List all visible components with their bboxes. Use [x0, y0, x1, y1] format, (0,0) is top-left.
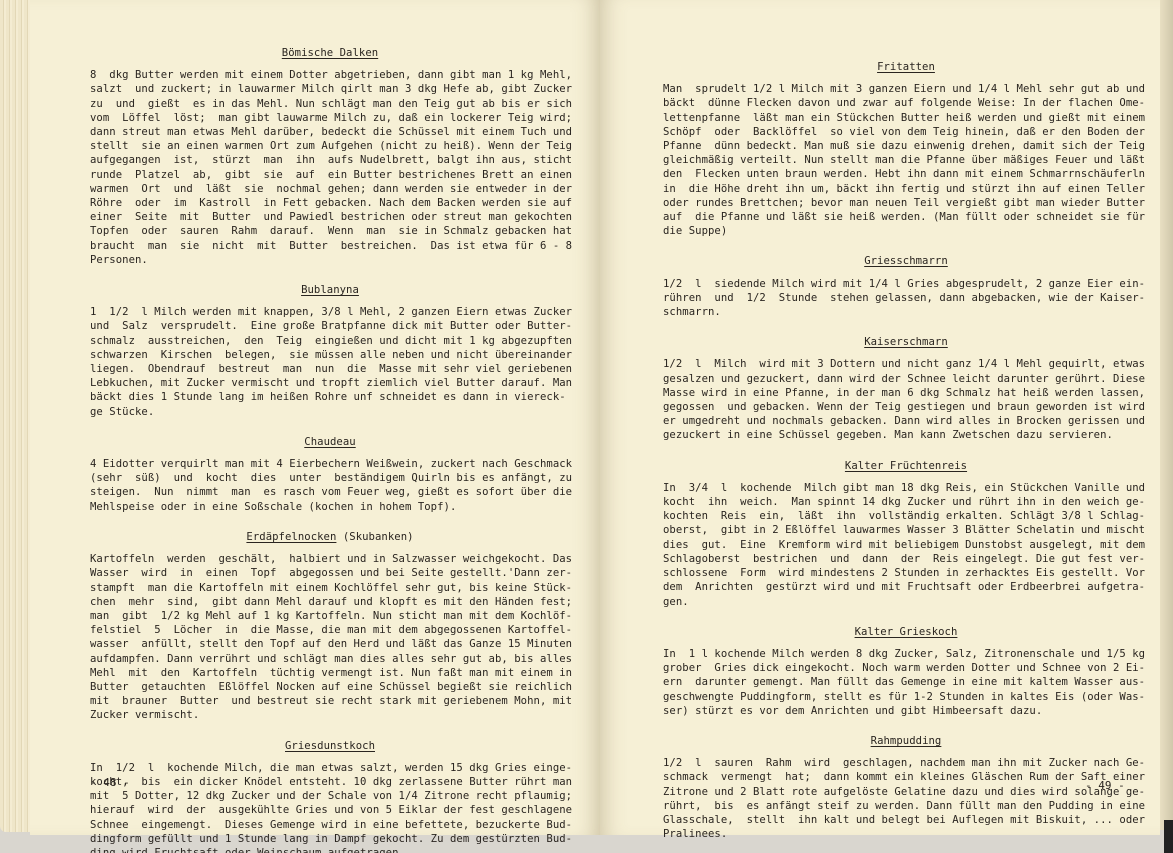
recipe-text-line: vom Löffel löst; man gibt lauwarme Milch… — [90, 111, 570, 125]
recipe-text-line: 1/2 l siedende Milch wird mit 1/4 l Grie… — [663, 277, 1149, 291]
recipe-title-text: Bömische Dalken — [282, 47, 378, 59]
recipe-text-line: Mehl mit den Kartoffeln tüchtig vermengt… — [90, 666, 570, 680]
recipe-text-line: Zucker vermischt. — [90, 708, 570, 722]
recipe-title-text: Kalter Grieskoch — [855, 626, 958, 638]
recipe-title: Bublanyna — [90, 283, 570, 297]
spacer — [90, 544, 570, 552]
spacer — [90, 753, 570, 761]
recipe-text-line: aufgegangen ist, stürzt man ihn aufs Nud… — [90, 153, 570, 167]
recipe-text-line: Masse wird in eine Pfanne, in der man 6 … — [663, 386, 1149, 400]
recipe-text-line: warmen Ort und läßt sie nochmal gehen; d… — [90, 182, 570, 196]
spacer — [90, 723, 570, 739]
recipe-title: Griesschmarrn — [663, 254, 1149, 268]
recipe-text-line: salzt und zuckert; in lauwarmer Milch qi… — [90, 82, 570, 96]
recipe-text-line: zu und gießt es in das Mehl. Nun schlägt… — [90, 97, 570, 111]
recipe-title-text: Erdäpfelnocken — [246, 531, 336, 543]
recipe-text-line: man gibt 1/2 kg Mehl auf 1 kg Kartoffeln… — [90, 609, 570, 623]
recipe-text-line: Topfen oder sauren Rahm darauf. Wenn man… — [90, 224, 570, 238]
recipe-text-line: Lebkuchen, mit Zucker vermischt und trop… — [90, 376, 570, 390]
recipe-text-line: rührt, bis es anfängt steif zu werden. D… — [663, 799, 1149, 813]
recipe-text-line: 4 Eidotter verquirlt man mit 4 Eierbeche… — [90, 457, 570, 471]
recipe-title: Erdäpfelnocken (Skubanken) — [90, 530, 570, 544]
left-page-content: Bömische Dalken8 dkg Butter werden mit e… — [90, 46, 570, 853]
recipe-text-line: kochten Reis ein, läßt ihn vollständig e… — [663, 509, 1149, 523]
recipe-title-text: Bublanyna — [301, 284, 359, 296]
right-page: FritattenMan sprudelt 1/2 l Milch mit 3 … — [600, 0, 1160, 835]
spacer — [663, 443, 1149, 459]
recipe-text-line: 1/2 l Milch wird mit 3 Dottern und nicht… — [663, 357, 1149, 371]
recipe-text-line: Schnee eingemengt. Dieses Gemenge wird i… — [90, 818, 570, 832]
recipe-text-line: (sehr süß) und kocht dies unter beständi… — [90, 471, 570, 485]
recipe-title: Bömische Dalken — [90, 46, 570, 60]
recipe-text-line: Zitrone und 2 Blatt rote aufgelöste Gela… — [663, 785, 1149, 799]
recipe-text-line: hierauf wird der ausgekühlte Gries und v… — [90, 803, 570, 817]
spacer — [90, 297, 570, 305]
recipe-text-line: dann streut man etwas Mehl darüber, bede… — [90, 125, 570, 139]
recipe-text-line: braucht man sie nicht mit Butter bestrei… — [90, 239, 570, 253]
spacer — [663, 639, 1149, 647]
recipe-text-line: gleichmäßig verteilt. Nun stellt man die… — [663, 153, 1149, 167]
recipe-text-line: gezuckert in eine Schüssel gegeben. Man … — [663, 428, 1149, 442]
recipe-text-line: oder rundes Brettchen; bevor man neuen T… — [663, 196, 1149, 210]
recipe-title: Chaudeau — [90, 435, 570, 449]
recipe-text-line: Schlagoberst bestrichen und dann der Rei… — [663, 552, 1149, 566]
recipe-text-line: den Flecken unten braun werden. Hebt ihn… — [663, 167, 1149, 181]
recipe-text-line: kocht, bis ein dicker Knödel entsteht. 1… — [90, 775, 570, 789]
recipe-text-line: Kartoffeln werden geschält, halbiert und… — [90, 552, 570, 566]
recipe-text-line: wasser anfüllt, stellt den Topf auf den … — [90, 637, 570, 651]
recipe-title: Griesdunstkoch — [90, 739, 570, 753]
recipe-title: Kaiserschmarn — [663, 335, 1149, 349]
recipe-text-line: er umgedreht und nochmals gebacken. Dann… — [663, 414, 1149, 428]
recipe-subtitle: (Skubanken) — [336, 531, 413, 543]
recipe-text-line: gen. — [663, 595, 1149, 609]
recipe-text-line: felstiel 5 Löcher in die Masse, die man … — [90, 623, 570, 637]
recipe-text-line: 1/2 l sauren Rahm wird geschlagen, nachd… — [663, 756, 1149, 770]
recipe-title-text: Rahmpudding — [871, 735, 942, 747]
spacer — [90, 60, 570, 68]
spacer — [663, 319, 1149, 335]
recipe-title: Kalter Grieskoch — [663, 625, 1149, 639]
recipe-text-line: 8 dkg Butter werden mit einem Dotter abg… — [90, 68, 570, 82]
recipe-text-line: aufdampfen. Dann verrührt und schlägt ma… — [90, 652, 570, 666]
book-cover-corner — [1164, 820, 1173, 853]
recipe-text-line: chen mehr sind, gibt dann Mehl darauf un… — [90, 595, 570, 609]
page-number-left: - 48 - — [90, 776, 130, 789]
recipe-text-line: 1 1/2 l Milch werden mit knappen, 3/8 l … — [90, 305, 570, 319]
recipe-text-line: Wasser wird in einen Topf abgegossen und… — [90, 566, 570, 580]
recipe-text-line: ern darunter gemengt. Man füllt das Geme… — [663, 675, 1149, 689]
recipe-text-line: In 3/4 l kochende Milch gibt man 18 dkg … — [663, 481, 1149, 495]
recipe-text-line: Glasschale, stellt ihn kalt und belegt b… — [663, 813, 1149, 827]
recipe-title-text: Chaudeau — [304, 436, 355, 448]
recipe-text-line: dingform gefüllt und 1 Stunde lang in Da… — [90, 832, 570, 846]
page-number-right: - 49 - — [1085, 779, 1125, 792]
recipe-text-line: mit brauner Butter und bestreut sie rech… — [90, 694, 570, 708]
recipe-text-line: runde Platzel ab, gibt sie auf ein Butte… — [90, 168, 570, 182]
recipe-text-line: schmalz ausstreichen, den Teig eingießen… — [90, 334, 570, 348]
spacer — [663, 473, 1149, 481]
recipe-text-line: steigen. Nun nimmt man es rasch vom Feue… — [90, 485, 570, 499]
recipe-text-line: liegen. Obendrauf bestreut man nun die M… — [90, 362, 570, 376]
recipe-title-text: Kalter Früchtenreis — [845, 460, 967, 472]
recipe-text-line: ser) stürzt es vor dem Anrichten und gib… — [663, 704, 1149, 718]
recipe-text-line: Butter getauchten Eßlöffel Nocken auf ei… — [90, 680, 570, 694]
recipe-text-line: bäckt dünne Flecken davon und zwar auf f… — [663, 96, 1149, 110]
spacer — [663, 269, 1149, 277]
recipe-text-line: grober Gries dick eingekocht. Noch warm … — [663, 661, 1149, 675]
spacer — [663, 718, 1149, 734]
recipe-text-line: stellt sie an einen warmen Ort zum Aufge… — [90, 139, 570, 153]
recipe-text-line: schmarrn. — [663, 305, 1149, 319]
recipe-text-line: In 1 l kochende Milch werden 8 dkg Zucke… — [663, 647, 1149, 661]
recipe-text-line: schmack vermengt hat; dann kommt ein kle… — [663, 770, 1149, 784]
recipe-title: Kalter Früchtenreis — [663, 459, 1149, 473]
recipe-text-line: lettenpfanne läßt man ein Stückchen Butt… — [663, 111, 1149, 125]
recipe-text-line: stampft man die Kartoffeln mit einem Koc… — [90, 581, 570, 595]
spacer — [663, 748, 1149, 756]
recipe-text-line: Personen. — [90, 253, 570, 267]
recipe-text-line: schwarzen Kirschen belegen, sie müssen a… — [90, 348, 570, 362]
recipe-text-line: schlossene Form wird mindestens 2 Stunde… — [663, 566, 1149, 580]
recipe-text-line: einer Seite mit Butter und Pawiedl bestr… — [90, 210, 570, 224]
recipe-text-line: Pfanne dünn bedeckt. Man muß sie dazu ei… — [663, 139, 1149, 153]
spacer — [663, 609, 1149, 625]
recipe-text-line: geschwengte Puddingform, stellt es für 1… — [663, 690, 1149, 704]
recipe-title-text: Griesdunstkoch — [285, 740, 375, 752]
recipe-text-line: die Suppe) — [663, 224, 1149, 238]
recipe-text-line: Schöpf oder Backlöffel so viel von dem T… — [663, 125, 1149, 139]
recipe-text-line: in die Höhe dreht ihn um, bäckt ihn fert… — [663, 182, 1149, 196]
recipe-text-line: Röhre oder im Kastroll in Fett gebacken.… — [90, 196, 570, 210]
recipe-text-line: Mehlspeise oder in eine Soßschale (koche… — [90, 500, 570, 514]
right-page-content: FritattenMan sprudelt 1/2 l Milch mit 3 … — [663, 60, 1149, 841]
recipe-text-line: rühren und 1/2 Stunde stehen gelassen, d… — [663, 291, 1149, 305]
recipe-text-line: ge Stücke. — [90, 405, 570, 419]
recipe-text-line: ding wird Fruchtsaft oder Weinschaum auf… — [90, 846, 570, 853]
spacer — [90, 449, 570, 457]
open-book: Bömische Dalken8 dkg Butter werden mit e… — [0, 0, 1173, 840]
recipe-text-line: gesalzen und gezuckert, dann wird der Sc… — [663, 372, 1149, 386]
spacer — [90, 514, 570, 530]
recipe-title: Rahmpudding — [663, 734, 1149, 748]
recipe-text-line: Man sprudelt 1/2 l Milch mit 3 ganzen Ei… — [663, 82, 1149, 96]
recipe-text-line: dies gut. Eine Kremform wird mit beliebi… — [663, 538, 1149, 552]
left-page: Bömische Dalken8 dkg Butter werden mit e… — [30, 0, 600, 835]
recipe-title-text: Fritatten — [877, 61, 935, 73]
recipe-title: Fritatten — [663, 60, 1149, 74]
recipe-title-text: Griesschmarrn — [864, 255, 948, 267]
recipe-text-line: dem Anrichten gestürzt wird und mit Fruc… — [663, 580, 1149, 594]
recipe-text-line: oberst, gibt in 2 Eßlöffel lauwarmes Was… — [663, 523, 1149, 537]
page-edges-right — [1160, 0, 1173, 830]
recipe-text-line: gegossen und gebacken. Wenn der Teig ges… — [663, 400, 1149, 414]
spacer — [90, 419, 570, 435]
recipe-text-line: auf die Pfanne und läßt sie heiß werden.… — [663, 210, 1149, 224]
recipe-title-text: Kaiserschmarn — [864, 336, 948, 348]
recipe-text-line: In 1/2 l kochende Milch, die man etwas s… — [90, 761, 570, 775]
recipe-text-line: und Salz versprudelt. Eine große Bratpfa… — [90, 319, 570, 333]
spacer — [663, 74, 1149, 82]
spacer — [663, 238, 1149, 254]
recipe-text-line: bäckt dies 1 Stunde lang im heißen Rohre… — [90, 390, 570, 404]
spacer — [663, 349, 1149, 357]
recipe-text-line: mit 5 Dotter, 12 dkg Zucker und der Scha… — [90, 789, 570, 803]
recipe-text-line: Pralinees. — [663, 827, 1149, 841]
spacer — [90, 267, 570, 283]
recipe-text-line: kocht ihn weich. Man spinnt 14 dkg Zucke… — [663, 495, 1149, 509]
